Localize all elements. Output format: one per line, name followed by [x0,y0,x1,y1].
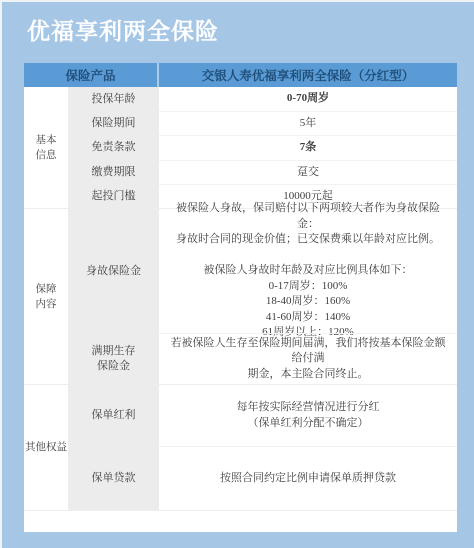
minimum-premium-label: 起投门槛 [68,184,159,208]
group-label-other-benefits: 其他权益 [24,385,68,510]
policy-dividend-label: 保单红利 [68,385,159,446]
row-maturity-benefit: 满期生存 保险金 若被保险人生存至保险期间届满，我们将按基本保险金额给付满 期金… [68,333,457,384]
section-coverage: 保障 内容 身故保险金 被保险人身故，保司赔付以下两项较大者作为身故保险金： 身… [24,209,457,385]
exemption-clauses-label: 免责条款 [68,135,159,160]
row-policy-dividend: 保单红利 每年按实际经营情况进行分红 （保单红利分配不确定） [68,385,457,446]
insurance-period-label: 保险期间 [68,111,159,135]
section-basic-info: 基本 信息 投保年龄 0-70周岁 保险期间 5年 免责条款 7条 缴费期限 趸… [24,87,457,209]
row-exemption-clauses: 免责条款 7条 [68,135,457,160]
row-insure-age: 投保年龄 0-70周岁 [68,87,457,111]
policy-loan-value: 按照合同约定比例申请保单质押贷款 [159,446,457,510]
exemption-clauses-value: 7条 [159,135,457,160]
row-policy-loan: 保单贷款 按照合同约定比例申请保单质押贷款 [68,446,457,510]
table-header-row: 保险产品 交银人寿优福享利两全保险（分红型） [24,63,457,87]
group-label-coverage: 保障 内容 [24,209,68,384]
product-info-table: 保险产品 交银人寿优福享利两全保险（分红型） 基本 信息 投保年龄 0-70周岁… [24,63,457,532]
row-payment-term: 缴费期限 趸交 [68,160,457,184]
policy-loan-label: 保单贷款 [68,446,159,510]
insure-age-label: 投保年龄 [68,87,159,111]
header-product-name: 交银人寿优福享利两全保险（分红型） [159,63,457,87]
maturity-benefit-value: 若被保险人生存至保险期间届满，我们将按基本保险金额给付满 期金，本主险合同终止。 [159,333,457,384]
insurance-product-card: 优福享利两全保险 保险产品 交银人寿优福享利两全保险（分红型） 基本 信息 投保… [0,0,474,548]
panel-footer-space [24,511,457,532]
insurance-period-value: 5年 [159,111,457,135]
death-benefit-value: 被保险人身故，保司赔付以下两项较大者作为身故保险金： 身故时合同的现金价值；已交… [159,209,457,333]
group-label-basic-info: 基本 信息 [24,87,68,208]
page-title: 优福享利两全保险 [27,13,219,46]
header-product-column: 保险产品 [24,63,159,87]
insure-age-value: 0-70周岁 [159,87,457,111]
row-death-benefit: 身故保险金 被保险人身故，保司赔付以下两项较大者作为身故保险金： 身故时合同的现… [68,209,457,333]
policy-dividend-value: 每年按实际经营情况进行分红 （保单红利分配不确定） [159,385,457,446]
payment-term-label: 缴费期限 [68,160,159,184]
death-benefit-label: 身故保险金 [68,209,159,333]
payment-term-value: 趸交 [159,160,457,184]
section-other-benefits: 其他权益 保单红利 每年按实际经营情况进行分红 （保单红利分配不确定） 保单贷款… [24,385,457,511]
maturity-benefit-label: 满期生存 保险金 [68,333,159,384]
row-insurance-period: 保险期间 5年 [68,111,457,135]
